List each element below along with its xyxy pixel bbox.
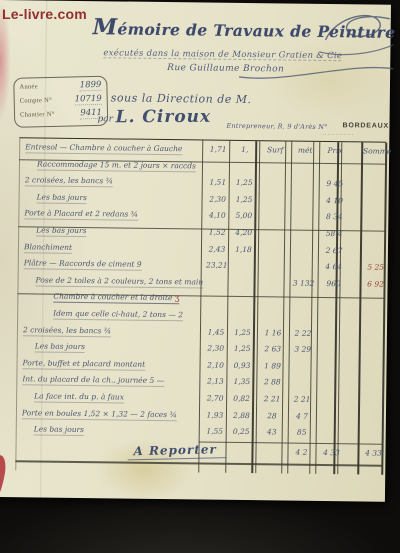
- row-surface-value: 2 88: [259, 378, 285, 387]
- row-total-value: Somme: [361, 146, 393, 155]
- row-amount-value: mét: [293, 146, 317, 155]
- row-dimension-1: 2,70: [202, 393, 228, 402]
- row-dimension-1: 1,51: [205, 178, 231, 187]
- row-description: Entresol — Chambre à coucher à Gauche: [25, 142, 182, 155]
- row-surface-value: 1 89: [259, 361, 285, 370]
- row-dimension-2: 4,20: [231, 228, 256, 237]
- red-wax-mark: [0, 454, 8, 500]
- row-dimension-1: 23,21: [204, 261, 230, 270]
- row-description: Les bas jours: [34, 425, 84, 437]
- row-dimension-2: 1,25: [232, 195, 257, 204]
- row-description: Les bas jours: [35, 342, 85, 354]
- row-description: Int. du placard de la ch., journée 5 —: [22, 375, 164, 388]
- row-dimension-1: 2,30: [203, 344, 229, 353]
- row-dimension-1: 2,10: [203, 360, 229, 369]
- row-description: Raccommodage 15 m. et 2 jours × raccds: [37, 159, 196, 172]
- footer-total: 4 33: [317, 448, 345, 457]
- row-dimension-1: 1,71: [205, 145, 231, 154]
- row-description: Porte à Placard et 2 redans ¾: [24, 209, 138, 221]
- contractor-signature: L. Ciroux: [116, 107, 212, 128]
- row-surface-value: 2 21: [259, 394, 285, 403]
- account-value: 10719: [75, 94, 102, 106]
- year-label: Année: [19, 83, 38, 90]
- row-dimension-2: 1,35: [229, 377, 254, 386]
- direction-line: sous la Direction de M.: [111, 91, 252, 106]
- row-price-value: 9 45: [321, 179, 349, 188]
- row-surface-value: 1 16: [260, 328, 286, 337]
- row-amount-value: 3 132: [292, 278, 316, 287]
- row-description: Porte, buffet et placard montant: [22, 358, 145, 370]
- row-price-value: 8 34: [320, 212, 348, 221]
- row-dimension-2: 0,25: [229, 427, 254, 436]
- invoice-table: Entresol — Chambre à coucher à Gauche 1,…: [15, 137, 386, 474]
- row-total-value: 5 25: [360, 263, 392, 272]
- row-dimension-1: 1,55: [202, 427, 228, 436]
- row-description: Les bas jours: [37, 192, 87, 204]
- row-price-value: 4 64: [320, 262, 348, 271]
- row-price-value: Prix: [321, 146, 349, 155]
- row-description: Plâtre — Raccords de ciment 9: [24, 258, 142, 270]
- red-ink-mark: ʒ: [172, 294, 179, 303]
- row-amount-value: 85: [290, 428, 314, 437]
- row-description: Chambre à coucher et la droite ʒ: [53, 292, 179, 305]
- row-dimension-1: 1,45: [203, 327, 229, 336]
- watermark-text: Le-livre.com: [2, 6, 87, 22]
- row-dimension-1: 1,52: [204, 228, 230, 237]
- row-dimension-2: 1,25: [230, 344, 255, 353]
- row-description: 2 croisées, les bancs ¾: [25, 176, 113, 188]
- par-label: par: [97, 114, 113, 124]
- row-description: Idem que celle ci-haut, 2 tons — 2: [53, 309, 183, 322]
- worksite-label: Chantier N°: [20, 111, 55, 119]
- reference-info-box: Année 1899 Compte N° 10719 Chantier N° 9…: [13, 76, 108, 128]
- row-price-value: 2 67: [320, 246, 348, 255]
- ink-underline-swoosh: [237, 55, 395, 85]
- row-dimension-2: 1,25: [230, 327, 255, 336]
- city-printed: BORDEAUX: [342, 122, 389, 130]
- row-price-value: 4 10: [321, 196, 349, 205]
- row-surface-value: 28: [259, 411, 285, 420]
- row-surface-value: 2 63: [260, 344, 286, 353]
- row-dimension-2: 0,82: [229, 394, 254, 403]
- info-row-worksite: Chantier N° 9411: [20, 108, 102, 124]
- row-dimension-2: 5,00: [231, 211, 256, 220]
- row-dimension-2: 2,88: [229, 410, 254, 419]
- row-amount-value: 2 21: [290, 395, 314, 404]
- row-dimension-2: 1,: [232, 145, 257, 154]
- row-amount-value: 4 7: [290, 411, 314, 420]
- row-description: Pose de 2 toiles à 2 couleurs, 2 tons et…: [36, 275, 204, 288]
- document-sheet: Mémoire de Travaux de Peinture – Vitreri…: [0, 0, 391, 502]
- contractor-title: Entrepreneur, R. 9 d'Arès N°: [226, 122, 327, 131]
- row-description: 2 croisées, les bancs ¾: [23, 325, 111, 337]
- carry-forward-signature: A Reporter: [127, 442, 227, 460]
- row-price-value: 58 4: [320, 229, 348, 238]
- row-total-value: 6 92: [360, 279, 392, 288]
- row-amount-value: 3 29: [291, 345, 315, 354]
- row-dimension-2: 1,25: [232, 178, 257, 187]
- footer-total: 4 2: [289, 448, 313, 457]
- row-amount-value: 2 22: [291, 328, 315, 337]
- row-dimension-1: 4,10: [204, 211, 230, 220]
- row-description: La face int. du p. à faux: [34, 391, 124, 403]
- footer-total: 4 33: [357, 448, 389, 457]
- row-dimension-2: 0,93: [230, 361, 255, 370]
- year-value: 1899: [80, 80, 102, 91]
- row-dimension-1: 2,43: [204, 244, 230, 253]
- row-description: Porte en boules 1,52 × 1,32 — 2 faces ¾: [22, 408, 177, 421]
- row-dimension-1: 2,30: [205, 194, 231, 203]
- row-dimension-1: 1,93: [202, 410, 228, 419]
- row-surface-value: Surf: [262, 145, 288, 154]
- row-description: Blanchiment: [24, 242, 72, 254]
- small-print-note: ············: [322, 133, 354, 138]
- row-description: Les bas jours: [36, 225, 86, 237]
- row-surface-value: 43: [259, 427, 285, 436]
- account-label: Compte N°: [20, 97, 52, 105]
- row-dimension-1: 2,13: [202, 377, 228, 386]
- row-price-value: 960: [320, 279, 348, 288]
- row-dimension-2: 1,18: [231, 244, 256, 253]
